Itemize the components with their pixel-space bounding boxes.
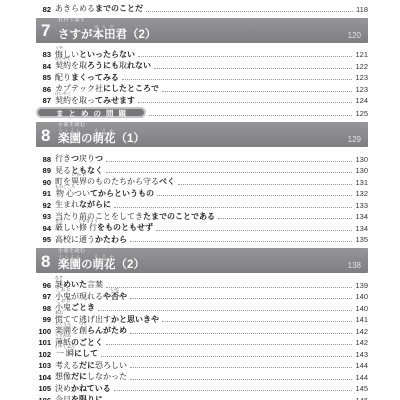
section-number: 8 (41, 127, 58, 144)
title-text: まくってみる (71, 73, 119, 82)
item-title: 配りまくってみる (55, 74, 119, 82)
title-text-ruby: 厳きび (55, 223, 63, 232)
toc-item-row: 88行きつ戻りつ130 (36, 152, 368, 164)
dotted-leader (154, 68, 352, 69)
item-title: 生まれながらに (55, 201, 111, 209)
title-text: 契約 (55, 96, 71, 105)
title-text-ruby: 修行しゅぎょう (79, 223, 97, 232)
section-page-number: 129 (348, 135, 361, 144)
dotted-leader (130, 367, 352, 368)
item-number: 83 (36, 51, 51, 59)
title-text: 本田 (93, 29, 116, 41)
dotted-leader (130, 298, 352, 299)
title-text-ruby: 萌花もえか (93, 259, 116, 271)
item-page-number: 145 (355, 385, 368, 393)
title-text: ながらに (79, 200, 111, 209)
title-text: てからというもの (90, 189, 154, 198)
title-text: 行き (55, 154, 71, 163)
section-header-bar: 7社内で話すさすが本田ほんだ君（2）120 (36, 18, 368, 43)
furigana-text: いっしゅん (55, 344, 75, 349)
furigana-text: もえか (93, 128, 116, 133)
item-page-number: 133 (355, 202, 368, 210)
title-text: かたわら (95, 235, 127, 244)
section-page-number: 120 (348, 31, 361, 40)
title-text: たまでのことである (143, 212, 215, 221)
title-text: や (119, 292, 127, 301)
dotted-leader (178, 184, 352, 185)
title-text: しなかった (87, 372, 127, 381)
title-text: （1） (116, 133, 145, 145)
title-text: の (81, 133, 93, 145)
item-page-number: 134 (355, 225, 368, 233)
item-number: 90 (36, 179, 51, 187)
title-text-ruby: 契約けいやく (55, 96, 71, 105)
title-text: 想像 (55, 372, 71, 381)
title-text: つ (71, 154, 79, 163)
furigana-text: らくえん (55, 321, 71, 326)
section-number: 8 (41, 253, 58, 270)
dotted-leader (218, 218, 352, 219)
toc-item-row: 92生まれながらに133 (36, 198, 368, 210)
item-page-number: 144 (355, 374, 368, 382)
item-page-number: 139 (355, 282, 368, 290)
item-number: 98 (36, 305, 51, 313)
title-text: さすが (58, 29, 93, 41)
item-number: 105 (36, 385, 51, 393)
furigana-text: つく (79, 321, 87, 326)
item-number: 101 (36, 339, 51, 347)
item-page-number: 141 (355, 316, 368, 324)
title-text-ruby: 否いな (111, 292, 119, 301)
toc-item-row: 105決めかねている145 (36, 382, 368, 394)
item-page-number: 140 (355, 305, 368, 313)
item-title: 今日を限りに (55, 396, 103, 400)
title-text: や (103, 292, 111, 301)
title-text: （2） (116, 259, 145, 271)
title-text: にして (74, 349, 98, 358)
item-page-number: 146 (355, 397, 368, 400)
item-title: 契約けいやくを取ってみせます (55, 91, 135, 105)
item-page-number: 123 (355, 74, 368, 82)
title-text: 配り (55, 73, 71, 82)
item-title: 行きつ戻りつ (55, 155, 103, 163)
furigana-text: しゅぎょう (78, 218, 98, 223)
title-text: を取っ (71, 96, 95, 105)
title-text: てみせます (95, 96, 135, 105)
toc-page: 82あきらめるまでのことだ1187社内で話すさすが本田ほんだ君（2）12083悔… (0, 0, 400, 400)
dotted-leader (114, 207, 352, 208)
furigana-text: ほんだ (93, 24, 116, 29)
item-title: 契約けいやくを取ろうにも取れない (55, 56, 151, 70)
toc-item-row: 95高校に通うかたわら135 (36, 233, 368, 245)
item-page-number: 122 (355, 63, 368, 71)
furigana-text: けいやく (55, 91, 71, 96)
furigana-text: いかい (71, 172, 87, 177)
title-text-ruby: 楽園らくえん (58, 133, 81, 145)
title-text: 考える (55, 361, 79, 370)
section-title-block: 社内で話すさすが本田ほんだ君（2） (58, 18, 348, 41)
toc-item-row: 104想像だにしなかった144 (36, 370, 368, 382)
furigana-text: ものごころ (55, 184, 75, 189)
item-page-number: 142 (355, 339, 368, 347)
dotted-leader (162, 91, 353, 92)
dotted-leader (106, 161, 352, 162)
dotted-leader (138, 56, 352, 57)
title-text: かねている (71, 384, 111, 393)
item-number: 85 (36, 74, 51, 82)
item-title: 決めかねている (55, 385, 111, 393)
title-text: をものともせず (97, 223, 153, 232)
item-title: あきらめるまでのことだ (55, 5, 143, 13)
title-text: 恐ろしい (95, 361, 127, 370)
furigana-text: なぞ (55, 275, 63, 280)
furigana-text: きび (55, 218, 63, 223)
title-text: 厳 (55, 223, 63, 232)
title-text: 楽園 (58, 259, 81, 271)
dotted-leader (149, 115, 352, 116)
furigana-text: こおに (55, 298, 71, 303)
title-text: 萌花 (93, 133, 116, 145)
item-page-number: 123 (355, 86, 368, 94)
title-text: べく (159, 177, 175, 186)
item-number: 96 (36, 282, 51, 290)
dotted-leader (114, 390, 353, 391)
title-text-ruby: 萌花もえか (93, 133, 116, 145)
furigana-text: くや (55, 45, 63, 50)
title-text: だに (71, 372, 87, 381)
title-text-ruby: 物心ものごころ (55, 189, 74, 198)
item-page-number: 143 (355, 351, 368, 359)
title-text: ろうにも (87, 61, 119, 70)
item-number: 106 (36, 397, 51, 400)
toc-item-row: 106今日を限りに146 (36, 393, 368, 400)
title-text: 契約 (55, 61, 71, 70)
furigana-text: らくえん (58, 254, 81, 259)
item-title: 高校に通うかたわら (55, 236, 127, 244)
furigana-text: らくえん (58, 128, 81, 133)
item-title: 厳きびしい修行しゅぎょうをものともせず (55, 218, 153, 232)
item-number: 89 (36, 167, 51, 175)
item-number: 84 (36, 63, 51, 71)
title-text: つ (95, 154, 103, 163)
title-text: つい (74, 189, 90, 198)
item-number: 87 (36, 97, 51, 105)
item-number: 91 (36, 190, 51, 198)
dotted-leader (101, 356, 352, 357)
item-page-number: 121 (355, 51, 368, 59)
toc-item-row: 85配りまくってみる123 (36, 71, 368, 83)
title-text-ruby: 一瞬いっしゅん (55, 349, 74, 358)
item-page-number: 124 (355, 97, 368, 105)
dotted-leader (130, 379, 352, 380)
dotted-leader (122, 79, 353, 80)
item-number: 104 (36, 374, 51, 382)
title-text: 楽園 (58, 133, 81, 145)
item-number: 92 (36, 202, 51, 210)
toc-item-row: 87契約けいやくを取ってみせます124 (36, 94, 368, 106)
toc-item-row: 102一瞬いっしゅんにして143 (36, 347, 368, 359)
item-page-number: 132 (355, 190, 368, 198)
section-page-number: 138 (348, 261, 361, 270)
title-text: を取 (71, 61, 87, 70)
title-text: だに (79, 361, 95, 370)
section-header-bar: 8小説を読む楽園らくえんの萌花もえか（1）129 (36, 122, 368, 147)
dotted-leader (146, 11, 353, 12)
title-text: 物心 (55, 189, 75, 198)
item-number: 102 (36, 351, 51, 359)
item-page-number: 118 (356, 6, 368, 14)
item-number: 86 (36, 86, 51, 94)
item-number: 99 (36, 316, 51, 324)
dotted-leader (106, 287, 352, 288)
item-number: 103 (36, 362, 51, 370)
toc-item-row: 91物心ものごころついてからというもの132 (36, 187, 368, 199)
section-number: 7 (41, 22, 58, 39)
toc-item-row: 82あきらめるまでのことだ118 (36, 2, 368, 14)
section-title-block: 小説を読む楽園らくえんの萌花もえか（2） (58, 249, 348, 272)
furigana-text: あわ (55, 310, 63, 315)
title-text: 否 (111, 292, 119, 301)
item-number: 82 (36, 6, 51, 14)
title-text: 戻り (79, 154, 95, 163)
title-text: 一瞬 (55, 349, 75, 358)
title-text: れない (127, 61, 151, 70)
item-number: 97 (36, 293, 51, 301)
title-text: 決め (55, 384, 71, 393)
dotted-leader (157, 195, 352, 196)
title-text-ruby: 本田ほんだ (93, 29, 116, 41)
furigana-text: うすがみ (55, 333, 71, 338)
title-text: を限りに (71, 395, 103, 400)
summary-problems-row: まとめの問題125 (36, 105, 368, 118)
dotted-leader (130, 241, 352, 242)
item-number: 94 (36, 225, 51, 233)
item-page-number: 130 (355, 167, 368, 175)
item-title: 想像だにしなかった (55, 373, 127, 381)
section-title-block: 小説を読む楽園らくえんの萌花もえか（1） (58, 123, 348, 146)
item-page-number: 142 (355, 328, 368, 336)
title-text: 修行 (78, 223, 98, 232)
furigana-text: いな (111, 287, 119, 292)
toc-item-row: 94厳きびしい修行しゅぎょうをものともせず134 (36, 221, 368, 233)
item-title: 一瞬いっしゅんにして (55, 344, 98, 358)
item-title: 考えるだに恐ろしい (55, 362, 127, 370)
toc-item-row: 84契約けいやくを取ろうにも取れない122 (36, 59, 368, 71)
section-title: 楽園らくえんの萌花もえか（2） (58, 254, 348, 272)
title-text: しい (63, 223, 79, 232)
item-page-number: 125 (355, 109, 368, 118)
item-title: 物心ものごころついてからというもの (55, 184, 154, 198)
item-number: 93 (36, 213, 51, 221)
summary-problems-badge: まとめの問題 (36, 107, 146, 118)
title-text: 高校に通う (55, 235, 95, 244)
item-page-number: 130 (355, 156, 368, 164)
furigana-text: こおに (55, 287, 71, 292)
title-text-ruby: 楽園らくえん (58, 259, 81, 271)
toc-item-row: 103考えるだに恐ろしい144 (36, 359, 368, 371)
title-text: 今日 (55, 395, 71, 400)
title-text: 生まれ (55, 200, 79, 209)
item-page-number: 135 (355, 236, 368, 244)
item-number: 100 (36, 328, 51, 336)
item-number: 88 (36, 156, 51, 164)
title-text: 萌花 (93, 259, 116, 271)
item-page-number: 131 (355, 179, 368, 187)
item-page-number: 144 (355, 362, 368, 370)
dotted-leader (156, 230, 352, 231)
section-title: さすが本田ほんだ君（2） (58, 24, 348, 42)
section-header-bar: 8小説を読む楽園らくえんの萌花もえか（2）138 (36, 248, 368, 273)
title-text-ruby: 契約けいやく (55, 61, 71, 70)
dotted-leader (138, 102, 352, 103)
item-page-number: 140 (355, 293, 368, 301)
dotted-leader (162, 321, 352, 322)
furigana-text: もえか (93, 254, 116, 259)
title-text: までのことだ (95, 4, 143, 13)
title-text: 君（2） (116, 29, 157, 41)
title-text: あきらめる (55, 4, 95, 13)
item-number: 95 (36, 236, 51, 244)
item-page-number: 134 (355, 213, 368, 221)
dotted-leader (130, 333, 352, 334)
title-text: 取 (119, 61, 127, 70)
furigana-text: けいやく (55, 56, 71, 61)
section-title: 楽園らくえんの萌花もえか（1） (58, 128, 348, 146)
title-text: の (81, 259, 93, 271)
dotted-leader (106, 344, 352, 345)
